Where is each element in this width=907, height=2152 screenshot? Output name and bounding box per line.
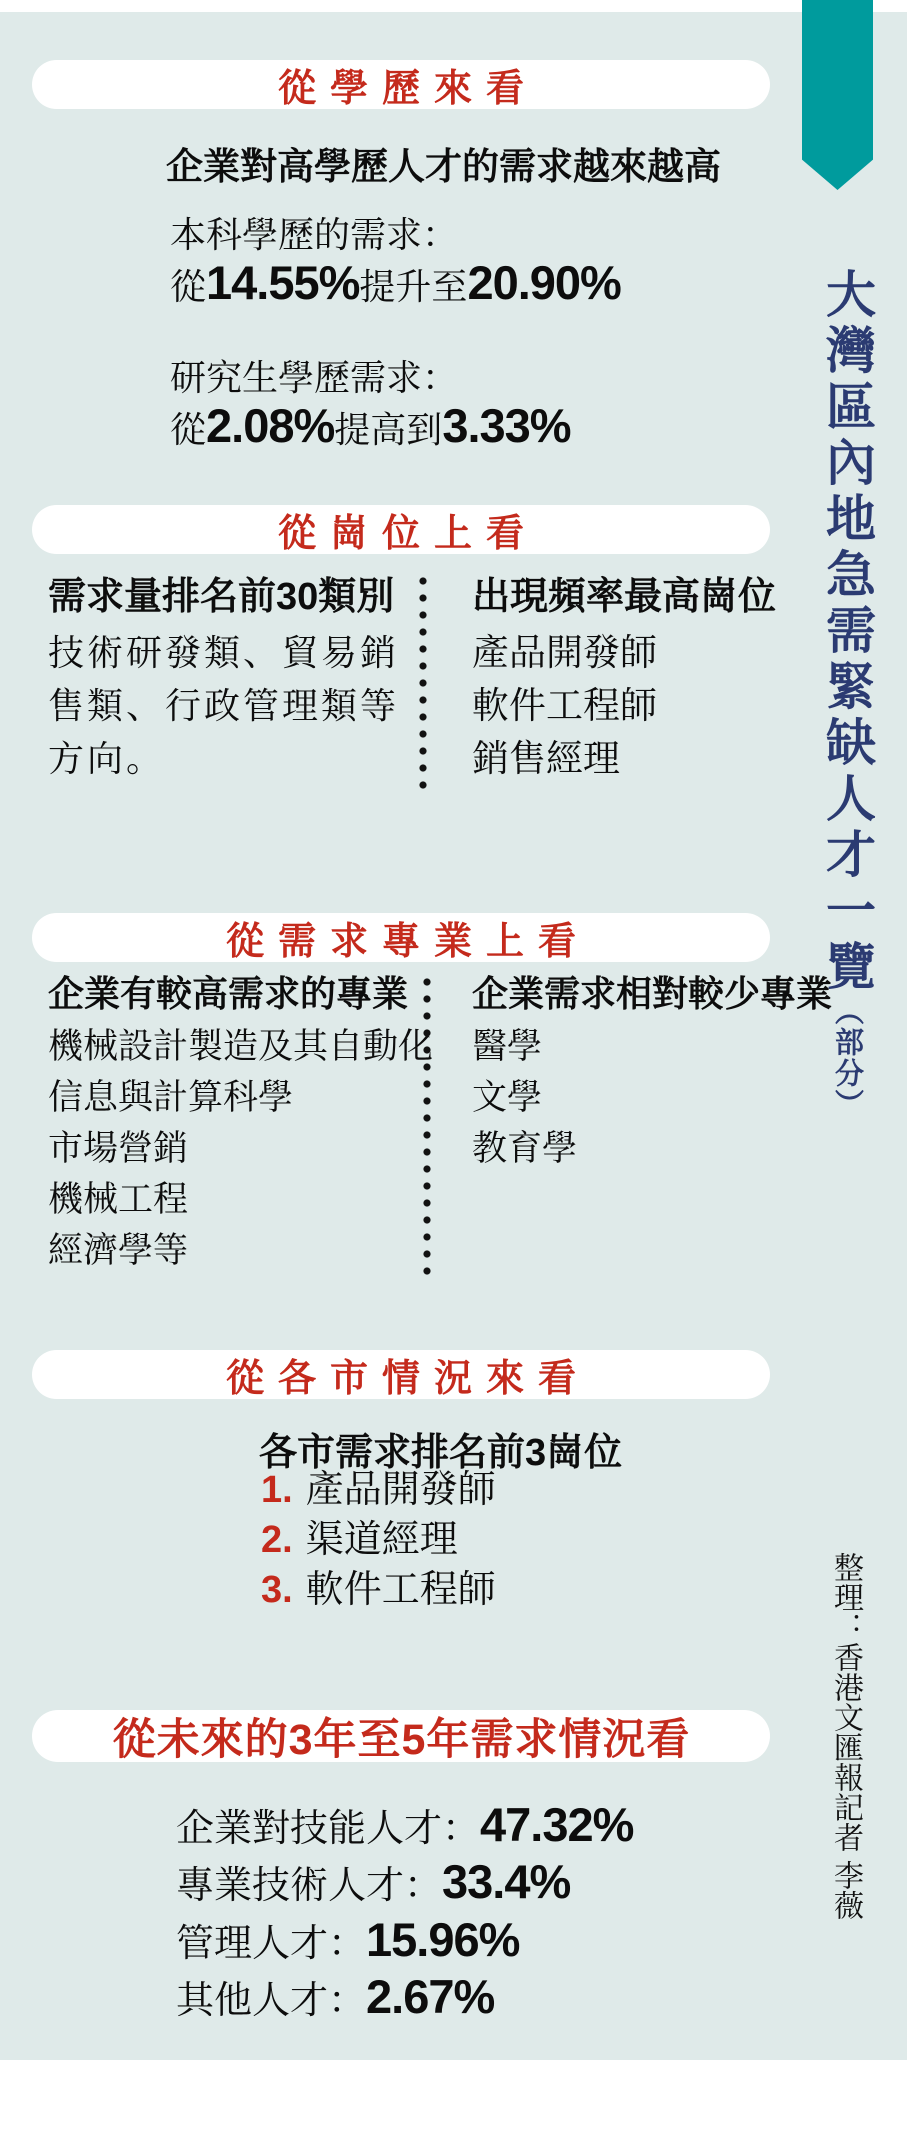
positions-left-column: 需求量排名前30類別 技術研發類、貿易銷 售類、行政管理類等 方向。 [48, 577, 399, 785]
majors-right-item: 文學 [472, 1072, 832, 1123]
teal-ribbon-bookmark-icon [802, 0, 873, 190]
section-header-positions-label: 從崗位上看 [278, 502, 538, 557]
section-header-majors: 從需求專業上看 [32, 913, 770, 962]
rank-label: 產品開發師 [306, 1458, 496, 1513]
future-row-value: 15.96% [366, 1915, 519, 1965]
undergrad-to-value: 20.90% [467, 255, 620, 311]
postgrad-prefix: 從 [170, 402, 206, 458]
majors-left-title: 企業有較高需求的專業 [48, 975, 433, 1013]
undergrad-demand-label: 本科學歷的需求： [170, 207, 458, 258]
majors-right-item: 教育學 [472, 1123, 832, 1174]
future-row: 其他人才：2.67% [176, 1972, 494, 2026]
future-row-label: 專業技術人才： [176, 1861, 442, 1911]
vertical-main-title-text: 大灣區內地急需緊缺人才一覽 [819, 268, 875, 996]
positions-right-title: 出現頻率最高崗位 [472, 577, 776, 617]
rank-label: 渠道經理 [306, 1508, 458, 1563]
majors-left-item: 市場營銷 [48, 1123, 433, 1174]
cities-top3-list: 1.產品開發師 2.渠道經理 3.軟件工程師 [261, 1458, 496, 1608]
positions-right-item: 軟件工程師 [472, 679, 776, 732]
undergrad-demand-values: 從14.55%提升至20.90% [170, 255, 621, 315]
section-header-future-label: 從未來的3年至5年需求情況看 [113, 1706, 691, 1767]
future-row: 管理人才：15.96% [176, 1915, 519, 1969]
rank-number: 3. [261, 1569, 293, 1612]
future-row-value: 33.4% [442, 1857, 570, 1907]
future-row-value: 2.67% [366, 1972, 494, 2022]
positions-right-item: 產品開發師 [472, 626, 776, 679]
vertical-main-title-paren: （部分） [831, 996, 863, 1120]
infographic-page: 大灣區內地急需緊缺人才一覽（部分） 整理：香港文匯報記者 李薇 從學歷來看 企業… [0, 0, 907, 2152]
undergrad-from-value: 14.55% [206, 255, 359, 311]
majors-right-column: 企業需求相對較少專業 醫學 文學 教育學 [472, 975, 832, 1174]
positions-left-line: 技術研發類、貿易銷 [48, 626, 399, 679]
section-header-positions: 從崗位上看 [32, 505, 770, 554]
section-header-cities: 從各市情況來看 [32, 1350, 770, 1399]
majors-left-column: 企業有較高需求的專業 機械設計製造及其自動化 信息與計算科學 市場營銷 機械工程… [48, 975, 433, 1276]
rank-number: 1. [261, 1469, 293, 1512]
positions-left-line: 方向。 [48, 732, 399, 785]
majors-right-item: 醫學 [472, 1021, 832, 1072]
section-header-education: 從學歷來看 [32, 60, 770, 109]
positions-right-item: 銷售經理 [472, 732, 776, 785]
postgrad-from-value: 2.08% [206, 398, 334, 454]
section-header-cities-label: 從各市情況來看 [226, 1347, 590, 1402]
future-row-label: 其他人才： [176, 1976, 366, 2026]
positions-right-column: 出現頻率最高崗位 產品開發師 軟件工程師 銷售經理 [472, 577, 776, 785]
rank-number: 2. [261, 1519, 293, 1562]
dotted-divider [419, 576, 427, 790]
majors-left-item: 機械工程 [48, 1174, 433, 1225]
postgrad-to-value: 3.33% [442, 398, 570, 454]
section-header-majors-label: 從需求專業上看 [226, 910, 590, 965]
future-row-label: 管理人才： [176, 1919, 366, 1969]
majors-right-title: 企業需求相對較少專業 [472, 975, 832, 1013]
education-lead: 企業對高學歷人才的需求越來越高 [166, 136, 721, 190]
postgrad-demand-values: 從2.08%提高到3.33% [170, 398, 571, 458]
positions-left-line: 售類、行政管理類等 [48, 679, 399, 732]
section-header-education-label: 從學歷來看 [278, 57, 538, 112]
section-header-future: 從未來的3年至5年需求情況看 [32, 1710, 770, 1762]
positions-left-title: 需求量排名前30類別 [48, 577, 399, 617]
rank-label: 軟件工程師 [306, 1558, 496, 1613]
dotted-divider [423, 977, 431, 1283]
future-row-value: 47.32% [480, 1800, 633, 1850]
majors-left-item: 信息與計算科學 [48, 1072, 433, 1123]
undergrad-mid: 提升至 [359, 259, 467, 315]
postgrad-demand-label: 研究生學歷需求： [170, 350, 458, 401]
future-row: 企業對技能人才：47.32% [176, 1800, 633, 1854]
future-row-label: 企業對技能人才： [176, 1804, 480, 1854]
cities-rank-item: 3.軟件工程師 [261, 1558, 496, 1608]
cities-rank-item: 1.產品開發師 [261, 1458, 496, 1508]
cities-rank-item: 2.渠道經理 [261, 1508, 496, 1558]
majors-left-item: 經濟學等 [48, 1225, 433, 1276]
undergrad-prefix: 從 [170, 259, 206, 315]
future-row: 專業技術人才：33.4% [176, 1857, 570, 1911]
majors-left-item: 機械設計製造及其自動化 [48, 1021, 433, 1072]
postgrad-mid: 提高到 [334, 402, 442, 458]
credit-line: 整理：香港文匯報記者 李薇 [823, 1552, 867, 1920]
